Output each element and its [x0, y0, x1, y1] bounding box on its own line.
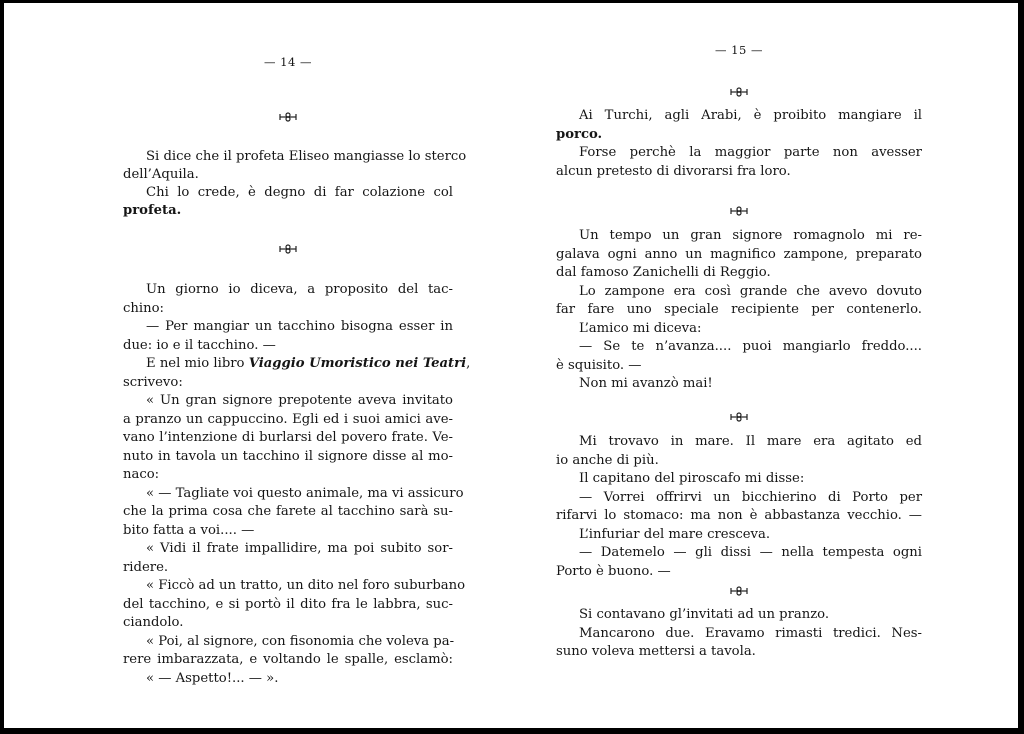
text-line: Il capitano del piroscafo mi disse:: [556, 470, 922, 488]
text-line: due: io e il tacchino. —: [123, 337, 453, 355]
text-line: — Per mangiar un tacchino bisogna esser …: [123, 318, 453, 336]
page-number: — 15 —: [556, 43, 922, 57]
text-line: — Vorrei offrirvi un bicchierino di Port…: [556, 489, 922, 507]
text-line: dell’Aquila.: [123, 166, 453, 184]
text-line: « — Aspetto!... — ».: [123, 670, 453, 688]
book-title: Viaggio Umoristico nei Teatri: [249, 356, 466, 371]
text-line: galava ogni anno un magnifico zampone, p…: [556, 246, 922, 264]
text-line: « Ficcò ad un tratto, un dito nel foro s…: [123, 577, 453, 595]
text-line: Un tempo un gran signore romagnolo mi re…: [556, 227, 922, 245]
text-line: L’amico mi diceva:: [556, 320, 922, 338]
ornament-fleuron-icon: [556, 82, 922, 92]
text-line: Un giorno io diceva, a proposito del tac…: [123, 281, 453, 299]
text-line: è squisito. —: [556, 357, 922, 375]
text-line: del tacchino, e si portò il dito fra le …: [123, 596, 453, 614]
text-line: Mi trovavo in mare. Il mare era agitato …: [556, 433, 922, 451]
text-line: Ai Turchi, agli Arabi, è proibito mangia…: [556, 107, 922, 125]
text-line: vano l’intenzione di burlarsi del povero…: [123, 429, 453, 447]
text-line: Non mi avanzò mai!: [556, 375, 922, 393]
text-line: Forse perchè la maggior parte non avesse…: [556, 144, 922, 162]
ornament-fleuron-icon: [556, 407, 922, 417]
text-line: Lo zampone era così grande che avevo dov…: [556, 283, 922, 301]
ornament-fleuron-icon: [556, 201, 922, 211]
text-line: dal famoso Zanichelli di Reggio.: [556, 264, 922, 282]
text-line: suno voleva mettersi a tavola.: [556, 643, 922, 661]
text-line: profeta.: [123, 202, 453, 220]
scanned-book-spread: — 14 — Si dice che il profeta Eliseo man…: [4, 3, 1018, 728]
text-line: far fare uno speciale recipiente per con…: [556, 301, 922, 319]
ornament-fleuron-icon: [556, 581, 922, 591]
text-line: bito fatta a voi.... —: [123, 522, 453, 540]
text-line: — Se te n’avanza.... puoi mangiarlo fred…: [556, 338, 922, 356]
text-line: ridere.: [123, 559, 453, 577]
text-line: scrivevo:: [123, 374, 453, 392]
text-line: porco.: [556, 126, 922, 144]
text-line: Porto è buono. —: [556, 563, 922, 581]
text-line: a pranzo un cappuccino. Egli ed i suoi a…: [123, 411, 453, 429]
text-line: « — Tagliate voi questo animale, ma vi a…: [123, 485, 453, 503]
text-line: L’infuriar del mare cresceva.: [556, 526, 922, 544]
text-line: Si dice che il profeta Eliseo mangiasse …: [123, 148, 453, 166]
text-line: rifarvi lo stomaco: ma non è abbastanza …: [556, 507, 922, 525]
text-line: « Vidi il frate impallidire, ma poi subi…: [123, 540, 453, 558]
text-line: che la prima cosa che farete al tacchino…: [123, 503, 453, 521]
text-line: chino:: [123, 300, 453, 318]
text-line: naco:: [123, 466, 453, 484]
text-line: « Un gran signore prepotente aveva invit…: [123, 392, 453, 410]
page-number: — 14 —: [123, 55, 453, 69]
ornament-fleuron-icon: [123, 107, 453, 117]
text-line: io anche di più.: [556, 452, 922, 470]
text-line: nuto in tavola un tacchino il signore di…: [123, 448, 453, 466]
text-line: — Datemelo — gli dissi — nella tempesta …: [556, 544, 922, 562]
text-line: alcun pretesto di divorarsi fra loro.: [556, 163, 922, 181]
ornament-fleuron-icon: [123, 239, 453, 249]
text-line: « Poi, al signore, con fisonomia che vol…: [123, 633, 453, 651]
text-line: Si contavano gl’invitati ad un pranzo.: [556, 606, 922, 624]
text-line-with-book-title: E nel mio libro Viaggio Umoristico nei T…: [123, 355, 453, 373]
text-line: ciandolo.: [123, 614, 453, 632]
text-line: Mancarono due. Eravamo rimasti tredici. …: [556, 625, 922, 643]
text-line: Chi lo crede, è degno di far colazione c…: [123, 184, 453, 202]
text-line: rere imbarazzata, e voltando le spalle, …: [123, 651, 453, 669]
